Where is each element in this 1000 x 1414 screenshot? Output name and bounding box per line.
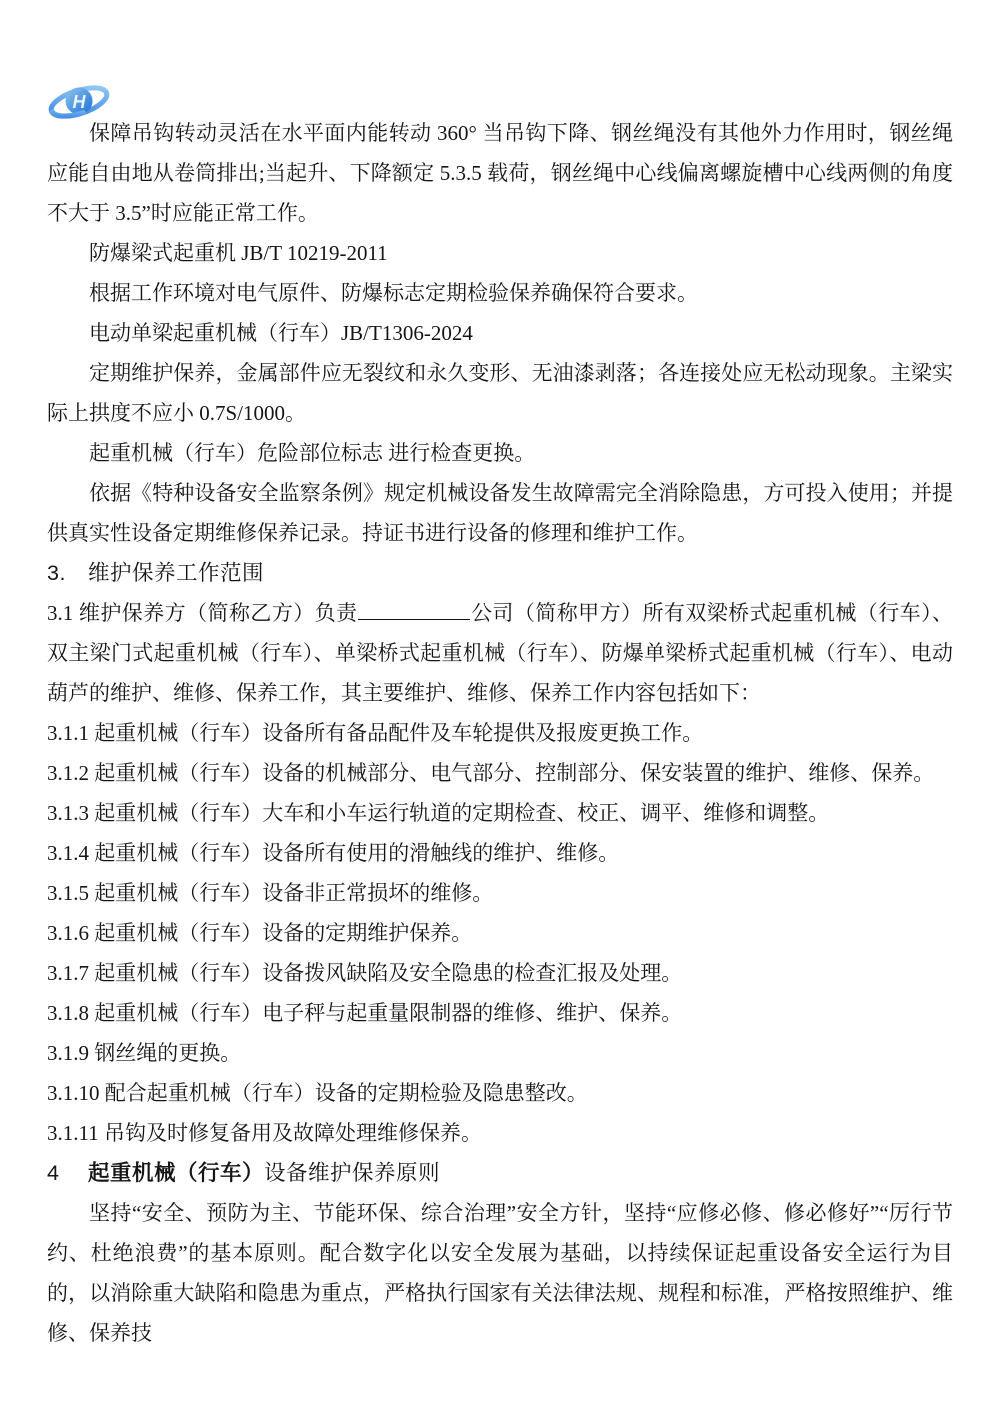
heading-4-title-rest: 设备维护保养原则: [264, 1161, 440, 1185]
document-page: H 保障吊钩转动灵活在水平面内能转动 360° 当吊钩下降、钢丝绳没有其他外力作…: [0, 0, 1000, 1414]
heading-4-title-bold: 起重机械（行车）: [88, 1161, 264, 1185]
list-item-3-1-3: 3.1.3 起重机械（行车）大车和小车运行轨道的定期检查、校正、调平、维修和调整…: [47, 793, 953, 833]
clause-3-1-before-blank: 3.1 维护保养方（简称乙方）负责: [47, 601, 358, 625]
list-item-3-1-9: 3.1.9 钢丝绳的更换。: [47, 1033, 953, 1073]
section-heading-4: 4起重机械（行车）设备维护保养原则: [47, 1153, 953, 1193]
list-item-3-1-10: 3.1.10 配合起重机械（行车）设备的定期检验及隐患整改。: [47, 1073, 953, 1113]
fill-in-blank-line: [358, 597, 470, 620]
paragraph-hook-rotation: 保障吊钩转动灵活在水平面内能转动 360° 当吊钩下降、钢丝绳没有其他外力作用时…: [47, 113, 953, 233]
list-item-3-1-6: 3.1.6 起重机械（行车）设备的定期维护保养。: [47, 913, 953, 953]
svg-text:H: H: [73, 92, 87, 112]
heading-3-number: 3.: [47, 553, 88, 593]
list-item-3-1-1: 3.1.1 起重机械（行车）设备所有备品配件及车轮提供及报废更换工作。: [47, 713, 953, 753]
paragraph-danger-signs: 起重机械（行车）危险部位标志 进行检查更换。: [47, 433, 953, 473]
list-item-3-1-11: 3.1.11 吊钩及时修复备用及故障处理维修保养。: [47, 1113, 953, 1153]
paragraph-periodic-maintenance: 定期维护保养，金属部件应无裂纹和永久变形、无油漆剥落；各连接处应无松动现象。主梁…: [47, 353, 953, 433]
heading-3-title: 维护保养工作范围: [88, 561, 264, 585]
list-item-3-1-2: 3.1.2 起重机械（行车）设备的机械部分、电气部分、控制部分、保安装置的维护、…: [47, 753, 953, 793]
paragraph-regulation-basis: 依据《特种设备安全监察条例》规定机械设备发生故障需完全消除隐患，方可投入使用；并…: [47, 473, 953, 553]
list-item-3-1-8: 3.1.8 起重机械（行车）电子秤与起重量限制器的维修、维护、保养。: [47, 993, 953, 1033]
paragraph-electrical-check: 根据工作环境对电气原件、防爆标志定期检验保养确保符合要求。: [47, 273, 953, 313]
paragraph-single-girder-standard: 电动单梁起重机械（行车）JB/T1306-2024: [47, 313, 953, 353]
section-heading-3: 3.维护保养工作范围: [47, 553, 953, 593]
list-item-3-1-7: 3.1.7 起重机械（行车）设备拨风缺陷及安全隐患的检查汇报及处理。: [47, 953, 953, 993]
paragraph-explosionproof-standard: 防爆梁式起重机 JB/T 10219-2011: [47, 233, 953, 273]
paragraph-safety-principles: 坚持“安全、预防为主、节能环保、综合治理”安全方针，坚持“应修必修、修必修好”“…: [47, 1193, 953, 1353]
heading-4-number: 4: [47, 1153, 88, 1193]
list-item-3-1-5: 3.1.5 起重机械（行车）设备非正常损坏的维修。: [47, 873, 953, 913]
clause-3-1: 3.1 维护保养方（简称乙方）负责公司（简称甲方）所有双梁桥式起重机械（行车）、…: [47, 593, 953, 713]
list-item-3-1-4: 3.1.4 起重机械（行车）设备所有使用的滑触线的维护、维修。: [47, 833, 953, 873]
document-body: 保障吊钩转动灵活在水平面内能转动 360° 当吊钩下降、钢丝绳没有其他外力作用时…: [47, 113, 953, 1353]
